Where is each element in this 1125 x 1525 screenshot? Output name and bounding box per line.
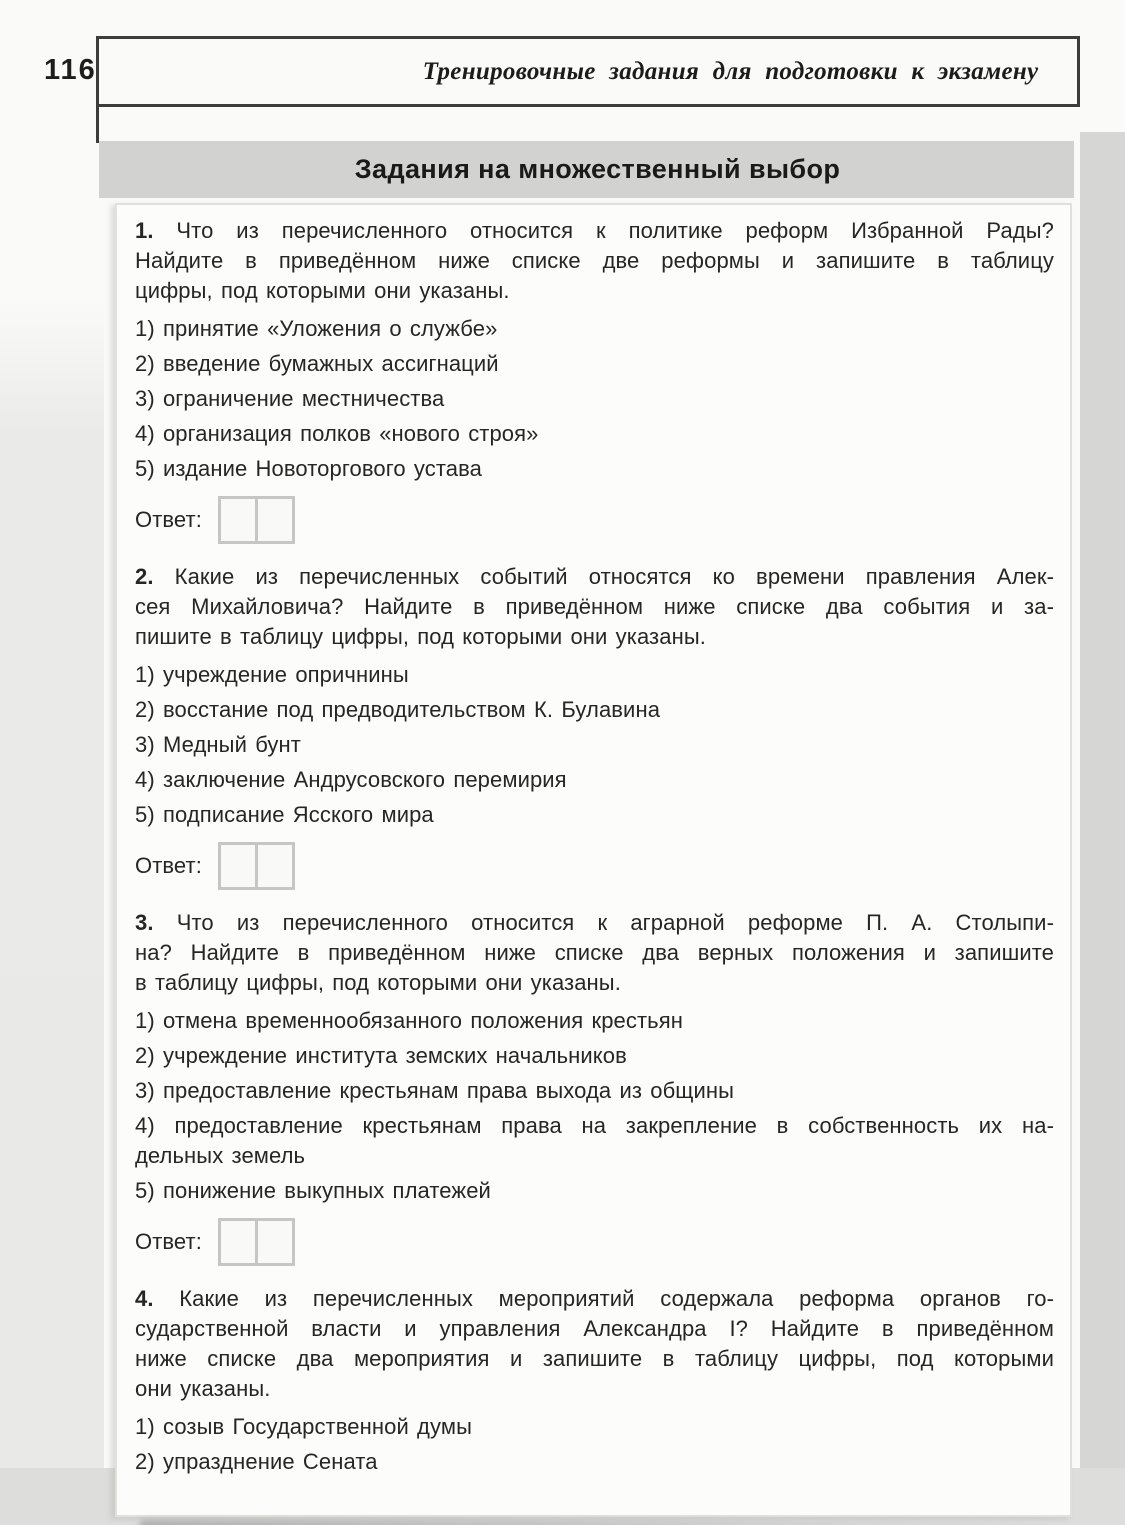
options-list: 1) созыв Государственной думы2) упраздне… [135, 1412, 1054, 1477]
option-line: 5) подписание Ясского мира [135, 800, 1054, 830]
options-list: 1) учреждение опричнины2) восстание под … [135, 660, 1054, 830]
option: 3) ограничение местничества [135, 384, 1054, 414]
header-rule [96, 104, 99, 143]
option: 4) предоставление крестьянам права на за… [135, 1111, 1054, 1171]
question-text-line: они указаны. [135, 1374, 1054, 1404]
option-line: 1) принятие «Уложения о службе» [135, 314, 1054, 344]
option: 2) учреждение института земских начальни… [135, 1041, 1054, 1071]
answer-box[interactable] [218, 1218, 295, 1266]
question-text-line: ниже списке два мероприятия и запишите в… [135, 1344, 1054, 1374]
scanned-page: 116 Тренировочные задания для подготовки… [0, 0, 1125, 1525]
answer-cell-1[interactable] [218, 1218, 258, 1266]
option: 2) восстание под предводительством К. Бу… [135, 695, 1054, 725]
option-line: 2) учреждение института земских начальни… [135, 1041, 1054, 1071]
answer-cell-1[interactable] [218, 842, 258, 890]
option: 3) предоставление крестьянам права выход… [135, 1076, 1054, 1106]
answer-box[interactable] [218, 842, 295, 890]
option-line: 2) введение бумажных ассигнаций [135, 349, 1054, 379]
answer-row: Ответ: [135, 1218, 1054, 1266]
option: 1) принятие «Уложения о службе» [135, 314, 1054, 344]
option-line: 3) Медный бунт [135, 730, 1054, 760]
page-right-margin [1080, 132, 1125, 1525]
question-number: 1. [135, 218, 154, 243]
question-text-line: цифры, под которыми они указаны. [135, 276, 1054, 306]
option-line: 1) созыв Государственной думы [135, 1412, 1054, 1442]
option: 4) организация полков «нового строя» [135, 419, 1054, 449]
options-list: 1) отмена временнообязанного положения к… [135, 1006, 1054, 1206]
question-number: 2. [135, 564, 154, 589]
question-text-line: 4. Какие из перечисленных мероприятий со… [135, 1284, 1054, 1314]
question: 3. Что из перечисленного относится к агр… [135, 908, 1054, 1266]
question: 4. Какие из перечисленных мероприятий со… [135, 1284, 1054, 1477]
answer-cell-1[interactable] [218, 496, 258, 544]
option: 4) заключение Андрусовского перемирия [135, 765, 1054, 795]
question-text-line: 3. Что из перечисленного относится к агр… [135, 908, 1054, 938]
question-text-line: пишите в таблицу цифры, под которыми они… [135, 622, 1054, 652]
answer-row: Ответ: [135, 842, 1054, 890]
answer-label: Ответ: [135, 1227, 202, 1257]
page-number: 116 [44, 54, 97, 87]
question: 2. Какие из перечисленных событий относя… [135, 562, 1054, 890]
option: 1) отмена временнообязанного положения к… [135, 1006, 1054, 1036]
question-text-line: 1. Что из перечисленного относится к пол… [135, 216, 1054, 246]
option-line: 3) ограничение местничества [135, 384, 1054, 414]
answer-cell-2[interactable] [255, 496, 295, 544]
option-line: 4) заключение Андрусовского перемирия [135, 765, 1054, 795]
option: 1) созыв Государственной думы [135, 1412, 1054, 1442]
question-text-line: 2. Какие из перечисленных событий относя… [135, 562, 1054, 592]
option-line: 4) предоставление крестьянам права на за… [135, 1111, 1054, 1141]
running-header-box: Тренировочные задания для подготовки к э… [96, 36, 1080, 107]
question-text-line: сея Михайловича? Найдите в приведённом н… [135, 592, 1054, 622]
option: 2) упразднение Сената [135, 1447, 1054, 1477]
option: 5) подписание Ясского мира [135, 800, 1054, 830]
question-text-line: на? Найдите в приведённом ниже списке дв… [135, 938, 1054, 968]
answer-row: Ответ: [135, 496, 1054, 544]
option-line: 1) отмена временнообязанного положения к… [135, 1006, 1054, 1036]
page-left-margin [0, 300, 104, 1468]
question-number: 3. [135, 910, 154, 935]
question-text: 1. Что из перечисленного относится к пол… [135, 216, 1054, 306]
question-text: 2. Какие из перечисленных событий относя… [135, 562, 1054, 652]
answer-cell-2[interactable] [255, 1218, 295, 1266]
option: 5) издание Новоторгового устава [135, 454, 1054, 484]
running-header-text: Тренировочные задания для подготовки к э… [423, 58, 1039, 86]
answer-box[interactable] [218, 496, 295, 544]
question-text-line: в таблицу цифры, под которыми они указан… [135, 968, 1054, 998]
scan-shadow [139, 1520, 1049, 1525]
section-title-bar: Задания на множественный выбор [99, 141, 1074, 198]
option-line: 2) упразднение Сената [135, 1447, 1054, 1477]
section-title: Задания на множественный выбор [355, 154, 841, 185]
question-text: 4. Какие из перечисленных мероприятий со… [135, 1284, 1054, 1404]
option: 5) понижение выкупных платежей [135, 1176, 1054, 1206]
answer-cell-2[interactable] [255, 842, 295, 890]
option: 1) учреждение опричнины [135, 660, 1054, 690]
option-line: 1) учреждение опричнины [135, 660, 1054, 690]
question-text: 3. Что из перечисленного относится к агр… [135, 908, 1054, 998]
options-list: 1) принятие «Уложения о службе»2) введен… [135, 314, 1054, 484]
answer-label: Ответ: [135, 851, 202, 881]
questions: 1. Что из перечисленного относится к пол… [115, 203, 1072, 1517]
option: 3) Медный бунт [135, 730, 1054, 760]
question-text-line: Найдите в приведённом ниже списке две ре… [135, 246, 1054, 276]
question-text-line: сударственной власти и управления Алекса… [135, 1314, 1054, 1344]
option-line: 4) организация полков «нового строя» [135, 419, 1054, 449]
question-number: 4. [135, 1286, 154, 1311]
option-line: 5) издание Новоторгового устава [135, 454, 1054, 484]
option-line: 5) понижение выкупных платежей [135, 1176, 1054, 1206]
option-line: 3) предоставление крестьянам права выход… [135, 1076, 1054, 1106]
answer-label: Ответ: [135, 505, 202, 535]
option-line: дельных земель [135, 1141, 1054, 1171]
option: 2) введение бумажных ассигнаций [135, 349, 1054, 379]
question: 1. Что из перечисленного относится к пол… [135, 216, 1054, 544]
option-line: 2) восстание под предводительством К. Бу… [135, 695, 1054, 725]
